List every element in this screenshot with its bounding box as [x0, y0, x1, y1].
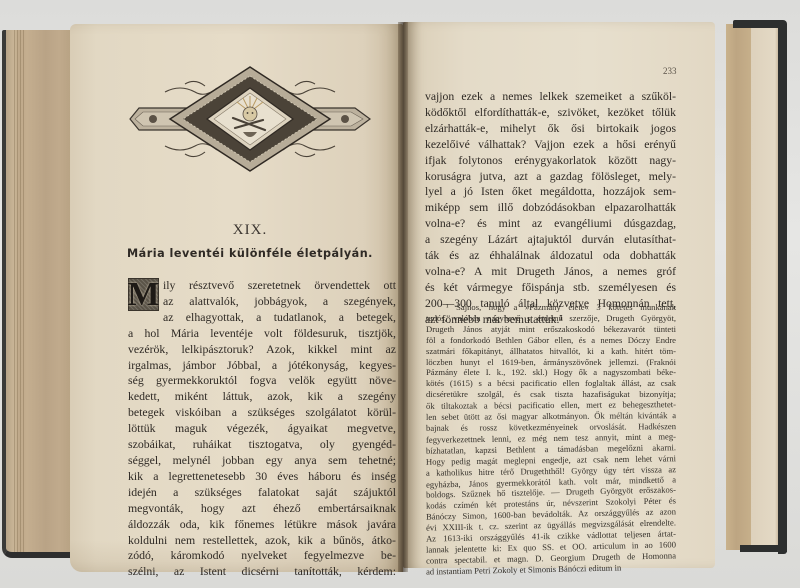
text-line: kezelőivé válhattak? Vajjon ezek a hősi …	[425, 137, 676, 153]
left-page-stack	[2, 30, 72, 558]
right-page-stack	[726, 24, 752, 550]
text-line: ily résztvevő szeretetnek örvendettek ot…	[128, 278, 396, 294]
text-line: a szegény Lázárt ajtajuktól durván eluta…	[425, 232, 676, 248]
text-line: szélni, az Istent dicsérni tanították, k…	[128, 564, 396, 580]
text-line: kik a legrettenetesebb 30 éves háboru és…	[128, 469, 396, 485]
text-line: vezérök, lelkipásztoruk? Azok, kikkel mi…	[128, 342, 396, 358]
footnote-block: ¹ Sajnos, hogy a »Pázmány élete« 3 kötet…	[426, 302, 676, 575]
text-line: szobáikat, ruháikat tisztogatva, oly gye…	[128, 437, 396, 453]
text-line: löttük maguk végezék, ágyaikat megvetve,	[128, 421, 396, 437]
text-line: ség gyermekkoruktól fogva velök együtt n…	[128, 373, 396, 389]
footnote-line: ¹ Sajnos, hogy a »Pázmány élete« 3 kötet…	[426, 302, 676, 313]
text-line: ködőktől elfordíthatták-e, szivöket, kez…	[425, 105, 676, 121]
text-line: koldulni nem restellettek, azok, kik a b…	[128, 533, 396, 549]
chapter-number: XIX.	[100, 222, 400, 239]
right-endpaper	[751, 28, 781, 548]
text-line: miképp sem illő dobzódásokban elpazarolh…	[425, 200, 676, 216]
text-line: zódó, káromkodó nyelveket fegyelmezve be…	[128, 548, 396, 564]
footnote-line: szatmári főkapitányt, állhatatos hitvall…	[426, 346, 676, 357]
footnote-line: Drugeth János atyját mint erőszakoskodó …	[426, 324, 676, 335]
footnote-line: kötés (1615) s a bécsi pacificatio ellen…	[426, 378, 676, 389]
text-line: lyel a jó Isten őket megáldotta, hozzájo…	[425, 184, 676, 200]
page-number: 233	[663, 66, 677, 76]
text-line: volna-e? és mint az evangéliumi dúsgazda…	[425, 216, 676, 232]
text-line: és két vármegye főispánja stb. személyes…	[425, 280, 676, 296]
text-line: volna-e? A mit Drugeth János, a nemes gr…	[425, 264, 676, 280]
text-line: az elhagyottak, a tudatlanok, a betegek,	[128, 310, 396, 326]
footnote-line: föl a fondorkodó Bethlen Gábor ellen, és…	[426, 335, 676, 346]
text-line: koruságra jutva, azt a gazdag fölösleget…	[425, 169, 676, 185]
text-line: séggel, melynél jobban egy anya sem tehe…	[128, 453, 396, 469]
text-line: elzárhatták-e, mihelyt ők ősi birtokaik …	[425, 121, 676, 137]
chapter-title: Mária leventéi különféle életpályán.	[100, 247, 400, 260]
text-line: ták és az éhhalálnak áldozatul oda dobha…	[425, 248, 676, 264]
text-line: irgalmas, jámbor Jóbbal, a jótékonyság, …	[128, 358, 396, 374]
footnote-line: löczben hunyt el 1619-ben, ármányszövőne…	[426, 357, 676, 368]
ornament-headpiece-icon	[125, 62, 375, 176]
text-line: megvonták, hogy azt éhező embertársaikna…	[128, 501, 396, 517]
text-line: áldozzák oda, kik főnemes létükre mások …	[128, 517, 396, 533]
text-line: vajjon ezek a nemes lelkek szemeiket a s…	[425, 89, 676, 105]
text-line: az alattvalók, jobbágyok, a szegények,	[128, 294, 396, 310]
cover-bottom-edge	[740, 545, 787, 552]
right-page-body-text: vajjon ezek a nemes lelkek szemeiket a s…	[425, 89, 676, 328]
book-cover-edge	[778, 22, 787, 554]
footnote-line: tudós, valóban nagynevű s érdemű szerzőj…	[426, 313, 676, 324]
text-line: kedett, miként láttuk, azok, kik a szegé…	[128, 389, 396, 405]
text-line: betegek viskóiban a szükséges szolgálato…	[128, 405, 396, 421]
open-book-scene: XIX. Mária leventéi különféle életpályán…	[0, 0, 800, 588]
text-line: a hol Mária leventéje volt földesuruk, t…	[128, 326, 396, 342]
text-line: ifjak folytonos erénygyakorlatok között …	[425, 153, 676, 169]
left-page-body-text: ily résztvevő szeretetnek örvendettek ot…	[128, 278, 396, 580]
text-line: idején a szükséges falatokat saját száju…	[128, 485, 396, 501]
book-gutter	[398, 22, 408, 572]
footnote-line: Pázmány élete I. k., 192. skl.) Hogy ők …	[426, 367, 676, 378]
